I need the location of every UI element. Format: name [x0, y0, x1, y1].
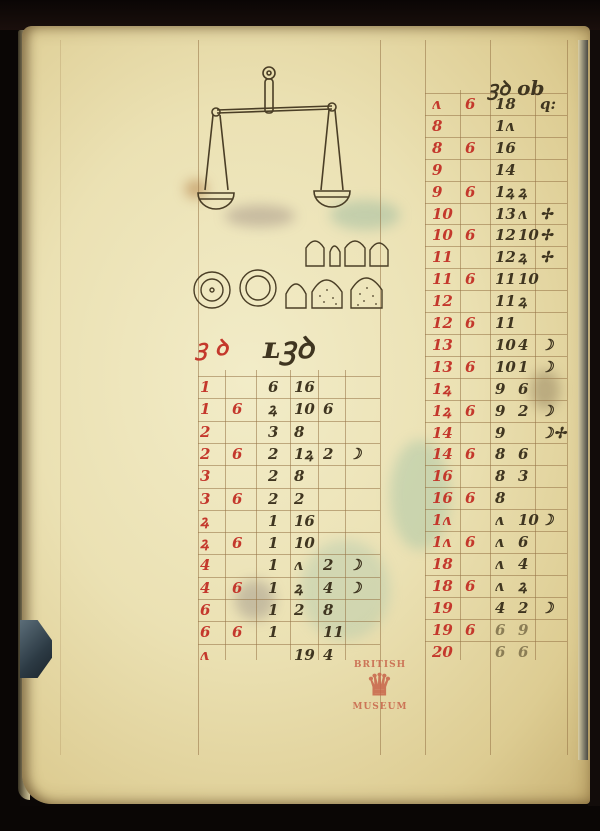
rule-line — [425, 181, 567, 182]
table-cell: 6 — [465, 360, 475, 375]
table-cell: 6 — [518, 535, 528, 550]
table-cell: 1ʌ — [432, 513, 451, 528]
table-cell: 6 — [232, 536, 242, 551]
table-cell: 10 — [518, 272, 539, 287]
rule-line — [425, 400, 567, 401]
rule-line — [198, 398, 380, 399]
rule-line — [198, 554, 380, 555]
table-cell: ☽ — [540, 404, 553, 419]
table-cell: ꝝ — [518, 185, 527, 200]
table-cell: 9 — [518, 623, 528, 638]
table-cell: ☽ — [348, 447, 361, 462]
table-cell: 10 — [432, 228, 453, 243]
rule-line — [425, 443, 567, 444]
table-cell: ʌ — [495, 557, 504, 572]
table-cell: 10 — [432, 207, 453, 222]
table-cell: 1 — [268, 514, 278, 529]
table-cell: 1 — [200, 380, 210, 395]
table-cell: 3 — [200, 492, 210, 507]
rule-line — [345, 370, 346, 660]
table-cell: 4 — [200, 581, 210, 596]
table-cell: 6 — [232, 492, 242, 507]
table-cell: 11 — [495, 294, 516, 309]
table-cell: 1ʌ — [495, 119, 514, 134]
rule-line — [425, 356, 567, 357]
table-cell: ꝝ — [294, 581, 303, 596]
rule-line — [425, 641, 567, 642]
table-cell: 6 — [495, 623, 505, 638]
table-cell: 11 — [432, 250, 453, 265]
table-cell: 1ꝝ — [432, 404, 451, 419]
table-cell: 19 — [432, 623, 453, 638]
table-cell: 1 — [268, 558, 278, 573]
table-cell: 2 — [518, 404, 528, 419]
table-cell: 1 — [200, 402, 210, 417]
table-cell: 8 — [495, 447, 505, 462]
table-cell: 6 — [465, 404, 475, 419]
table-cell: 1ʌ — [432, 535, 451, 550]
table-cell: 16 — [495, 141, 516, 156]
table-cell: ꝝ — [518, 250, 527, 265]
table-cell: 6 — [465, 579, 475, 594]
table-cell: 2 — [268, 492, 278, 507]
table-cell: 10 — [495, 338, 516, 353]
table-cell: 3 — [518, 469, 528, 484]
table-cell: 6 — [465, 447, 475, 462]
rule-line — [198, 443, 380, 444]
table-cell: 6 — [200, 625, 210, 640]
table-cell: 2 — [268, 469, 278, 484]
rule-line — [60, 40, 61, 755]
table-cell: ☽✢ — [540, 426, 566, 441]
rule-line — [425, 531, 567, 532]
table-cell: 6 — [518, 645, 528, 660]
table-cell: 6 — [232, 625, 242, 640]
rule-line — [198, 621, 380, 622]
table-cell: ꝝ — [268, 402, 277, 417]
table-cell: 8 — [495, 469, 505, 484]
table-cell: 6 — [232, 402, 242, 417]
table-cell: 16 — [432, 469, 453, 484]
table-cell: ʌ — [495, 535, 504, 550]
table-cell: ʌ — [495, 579, 504, 594]
rule-line — [425, 115, 567, 116]
table-cell: 18 — [432, 579, 453, 594]
table-cell: 11 — [432, 272, 453, 287]
table-cell: 16 — [294, 514, 315, 529]
rule-line — [198, 510, 380, 511]
table-cell: ☽ — [348, 558, 361, 573]
rule-line — [198, 644, 380, 645]
table-cell: ☽ — [540, 601, 553, 616]
rule-line — [425, 378, 567, 379]
table-cell: 12 — [495, 228, 516, 243]
table-cell: 2 — [323, 558, 333, 573]
table-cell: 2 — [294, 603, 304, 618]
table-cell: 13 — [432, 338, 453, 353]
table-cell: 2 — [323, 447, 333, 462]
table-cell: ✢ — [540, 250, 553, 265]
table-cell: ꝝ — [518, 294, 527, 309]
table-cell: 8 — [323, 603, 333, 618]
rule-line — [425, 224, 567, 225]
table-cell: 6 — [518, 447, 528, 462]
table-cell: 19 — [294, 648, 315, 663]
table-cell: 4 — [495, 601, 505, 616]
table-cell: 1 — [268, 603, 278, 618]
table-cell: 8 — [294, 469, 304, 484]
rule-line — [380, 40, 381, 755]
table-cell: 4 — [323, 581, 333, 596]
table-cell: 12 — [432, 316, 453, 331]
table-cell: 2 — [518, 601, 528, 616]
table-cell: 13 — [432, 360, 453, 375]
table-cell: 8 — [495, 491, 505, 506]
table-cell: 8 — [432, 119, 442, 134]
table-cell: 6 — [465, 491, 475, 506]
rule-line — [225, 370, 226, 660]
table-cell: 6 — [465, 272, 475, 287]
weights-illustration — [190, 238, 395, 313]
rule-line — [256, 370, 257, 660]
table-cell: 12 — [432, 294, 453, 309]
rule-line — [425, 268, 567, 269]
balance-scale-icon — [195, 60, 365, 220]
table-cell: 2 — [200, 425, 210, 440]
british-museum-stamp: BRITISH ♛ MUSEUM — [332, 660, 428, 730]
binding-left — [0, 0, 20, 831]
rule-line — [198, 532, 380, 533]
rule-line — [290, 370, 291, 660]
table-cell: 6 — [495, 645, 505, 660]
table-cell: 11 — [495, 316, 516, 331]
rule-line — [198, 465, 380, 466]
table-cell: 9 — [495, 382, 505, 397]
rule-line — [425, 422, 567, 423]
table-cell: 3 — [200, 469, 210, 484]
rule-line — [198, 376, 380, 377]
rule-line — [198, 599, 380, 600]
table-cell: ꝝ — [200, 536, 209, 551]
table-cell: 3 — [268, 425, 278, 440]
right-table-heading-sub: q: — [540, 95, 556, 113]
table-cell: 2 — [294, 492, 304, 507]
rule-line — [425, 553, 567, 554]
table-cell: 6 — [232, 447, 242, 462]
table-cell: 10 — [294, 536, 315, 551]
rule-line — [425, 487, 567, 488]
table-cell: 12 — [495, 250, 516, 265]
table-cell: ☽ — [540, 360, 553, 375]
rule-line — [425, 312, 567, 313]
table-cell: 6 — [232, 581, 242, 596]
table-cell: 6 — [518, 382, 528, 397]
table-cell: ʌ — [518, 207, 527, 222]
rule-line — [425, 137, 567, 138]
table-cell: 9 — [495, 426, 505, 441]
rule-line — [567, 40, 568, 755]
table-cell: 6 — [465, 535, 475, 550]
table-cell: 9 — [432, 185, 442, 200]
rule-line — [425, 246, 567, 247]
table-cell: 14 — [432, 426, 453, 441]
page-edge-right — [578, 40, 588, 760]
table-cell: ʌ — [432, 97, 441, 112]
table-cell: 6 — [465, 316, 475, 331]
table-cell: 4 — [518, 338, 528, 353]
table-cell: 14 — [432, 447, 453, 462]
table-cell: 16 — [294, 380, 315, 395]
table-cell: 8 — [294, 425, 304, 440]
table-cell: 14 — [495, 163, 516, 178]
table-cell: ꝝ — [200, 514, 209, 529]
rule-line — [425, 465, 567, 466]
table-cell: 16 — [432, 491, 453, 506]
table-cell: ☽ — [348, 581, 361, 596]
table-cell: ✢ — [540, 207, 553, 222]
table-cell: ꝝ — [518, 579, 527, 594]
rule-line — [425, 40, 426, 755]
table-cell: ʌ — [294, 558, 303, 573]
table-cell: 19 — [432, 601, 453, 616]
rule-line — [198, 488, 380, 489]
rule-line — [425, 575, 567, 576]
left-table-heading-red: ꝫ ꝺ — [196, 332, 228, 362]
table-cell: 9 — [432, 163, 442, 178]
table-cell: 18 — [495, 97, 516, 112]
table-cell: 8 — [432, 141, 442, 156]
table-cell: 1ꝝ — [294, 447, 313, 462]
table-cell: 6 — [200, 603, 210, 618]
table-cell: 10 — [518, 228, 539, 243]
table-cell: 6 — [465, 185, 475, 200]
rule-line — [425, 334, 567, 335]
table-cell: 20 — [432, 645, 453, 660]
table-cell: 4 — [518, 557, 528, 572]
table-cell: 1 — [268, 625, 278, 640]
rule-line — [425, 619, 567, 620]
rule-line — [425, 290, 567, 291]
table-cell: 1 — [518, 360, 528, 375]
table-cell: ʌ — [495, 513, 504, 528]
table-cell: ☽ — [540, 513, 553, 528]
binding-bottom — [0, 806, 600, 831]
crown-icon: ♛ — [332, 670, 428, 702]
table-cell: 4 — [200, 558, 210, 573]
table-cell: 9 — [495, 404, 505, 419]
rule-line — [198, 421, 380, 422]
table-cell: ʌ — [200, 648, 209, 663]
rule-line — [425, 203, 567, 204]
stamp-bottom-text: MUSEUM — [332, 702, 428, 712]
table-cell: 1ꝝ — [495, 185, 514, 200]
table-cell: 11 — [323, 625, 344, 640]
table-cell: 13 — [495, 207, 516, 222]
left-table-heading: ʟꝫꝺ — [262, 326, 314, 367]
table-cell: ☽ — [540, 338, 553, 353]
table-cell: 2 — [200, 447, 210, 462]
table-cell: 1 — [268, 581, 278, 596]
rule-line — [425, 597, 567, 598]
rule-line — [490, 40, 491, 755]
rule-line — [318, 370, 319, 660]
table-cell: 10 — [495, 360, 516, 375]
table-cell: 10 — [518, 513, 539, 528]
rule-line — [425, 509, 567, 510]
table-cell: 6 — [465, 97, 475, 112]
table-cell: ✢ — [540, 228, 553, 243]
table-cell: 6 — [465, 623, 475, 638]
rule-line — [198, 577, 380, 578]
table-cell: 2 — [268, 447, 278, 462]
table-cell: 6 — [465, 228, 475, 243]
table-cell: 6 — [268, 380, 278, 395]
table-cell: 18 — [432, 557, 453, 572]
table-cell: 6 — [465, 141, 475, 156]
table-cell: 11 — [495, 272, 516, 287]
table-cell: 6 — [323, 402, 333, 417]
table-cell: 10 — [294, 402, 315, 417]
table-cell: 1ꝝ — [432, 382, 451, 397]
rule-line — [425, 159, 567, 160]
table-cell: 1 — [268, 536, 278, 551]
